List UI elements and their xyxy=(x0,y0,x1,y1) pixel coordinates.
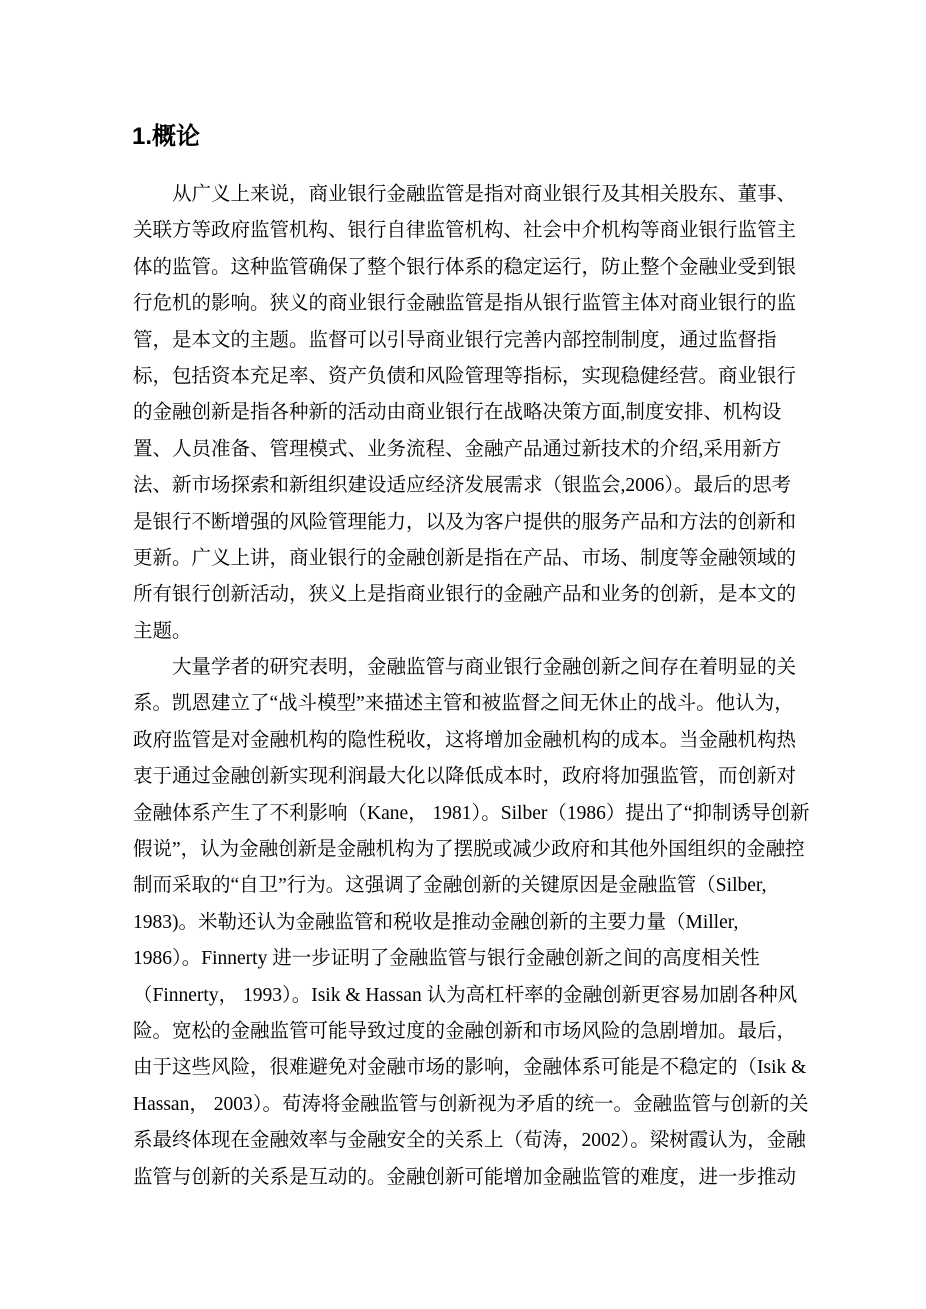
text-line: 标，包括资本充足率、资产负债和风险管理等指标，实现稳健经营。商业银行 xyxy=(133,359,795,395)
text-line: 更新。广义上讲，商业银行的金融创新是指在产品、市场、制度等金融领域的 xyxy=(133,541,795,577)
text-line: 的金融创新是指各种新的活动由商业银行在战略决策方面,制度安排、机构设 xyxy=(133,395,795,431)
text-line: Hassan， 2003）。荀涛将金融监管与创新视为矛盾的统一。金融监管与创新的… xyxy=(133,1087,795,1123)
text-line: 管，是本文的主题。监督可以引导商业银行完善内部控制制度，通过监督指 xyxy=(133,323,795,359)
text-line: 监管与创新的关系是互动的。金融创新可能增加金融监管的难度，进一步推动 xyxy=(133,1160,795,1196)
text-line: 体的监管。这种监管确保了整个银行体系的稳定运行，防止整个金融业受到银 xyxy=(133,250,795,286)
text-line: 1983)。米勒还认为金融监管和税收是推动金融创新的主要力量（Miller, xyxy=(133,905,795,941)
paragraph: 从广义上来说，商业银行金融监管是指对商业银行及其相关股东、董事、关联方等政府监管… xyxy=(133,177,795,650)
document-body: 从广义上来说，商业银行金融监管是指对商业银行及其相关股东、董事、关联方等政府监管… xyxy=(133,177,795,1196)
text-line: 1986）。Finnerty 进一步证明了金融监管与银行金融创新之间的高度相关性 xyxy=(133,941,795,977)
paragraph: 大量学者的研究表明，金融监管与商业银行金融创新之间存在着明显的关系。凯恩建立了“… xyxy=(133,650,795,1196)
text-line: 法、新市场探索和新组织建设适应经济发展需求（银监会,2006）。最后的思考 xyxy=(133,468,795,504)
text-line: 是银行不断增强的风险管理能力，以及为客户提供的服务产品和方法的创新和 xyxy=(133,505,795,541)
text-line: 系。凯恩建立了“战斗模型”来描述主管和被监督之间无休止的战斗。他认为， xyxy=(133,686,795,722)
text-line: 所有银行创新活动，狭义上是指商业银行的金融产品和业务的创新，是本文的 xyxy=(133,577,795,613)
text-line: 假说”，认为金融创新是金融机构为了摆脱或减少政府和其他外国组织的金融控 xyxy=(133,832,795,868)
text-line: 主题。 xyxy=(133,614,795,650)
text-line: 险。宽松的金融监管可能导致过度的金融创新和市场风险的急剧增加。最后， xyxy=(133,1014,795,1050)
text-line: 置、人员准备、管理模式、业务流程、金融产品通过新技术的介绍,采用新方 xyxy=(133,432,795,468)
text-line: 系最终体现在金融效率与金融安全的关系上（荀涛，2002）。梁树霞认为，金融 xyxy=(133,1123,795,1159)
text-line: 金融体系产生了不利影响（Kane， 1981）。Silber（1986）提出了“… xyxy=(133,796,795,832)
text-line: 行危机的影响。狭义的商业银行金融监管是指从银行监管主体对商业银行的监 xyxy=(133,286,795,322)
text-line: 由于这些风险，很难避免对金融市场的影响，金融体系可能是不稳定的（Isik & xyxy=(133,1050,795,1086)
text-line: 政府监管是对金融机构的隐性税收，这将增加金融机构的成本。当金融机构热 xyxy=(133,723,795,759)
section-heading: 1.概论 xyxy=(132,123,200,151)
text-line: 关联方等政府监管机构、银行自律监管机构、社会中介机构等商业银行监管主 xyxy=(133,213,795,249)
text-line: 从广义上来说，商业银行金融监管是指对商业银行及其相关股东、董事、 xyxy=(133,177,795,213)
text-line: 衷于通过金融创新实现利润最大化以降低成本时，政府将加强监管，而创新对 xyxy=(133,759,795,795)
text-line: （Finnerty， 1993）。Isik & Hassan 认为高杠杆率的金融… xyxy=(133,978,795,1014)
text-line: 制而采取的“自卫”行为。这强调了金融创新的关键原因是金融监管（Silber, xyxy=(133,868,795,904)
text-line: 大量学者的研究表明，金融监管与商业银行金融创新之间存在着明显的关 xyxy=(133,650,795,686)
document-page: 1.概论 从广义上来说，商业银行金融监管是指对商业银行及其相关股东、董事、关联方… xyxy=(0,0,926,1309)
